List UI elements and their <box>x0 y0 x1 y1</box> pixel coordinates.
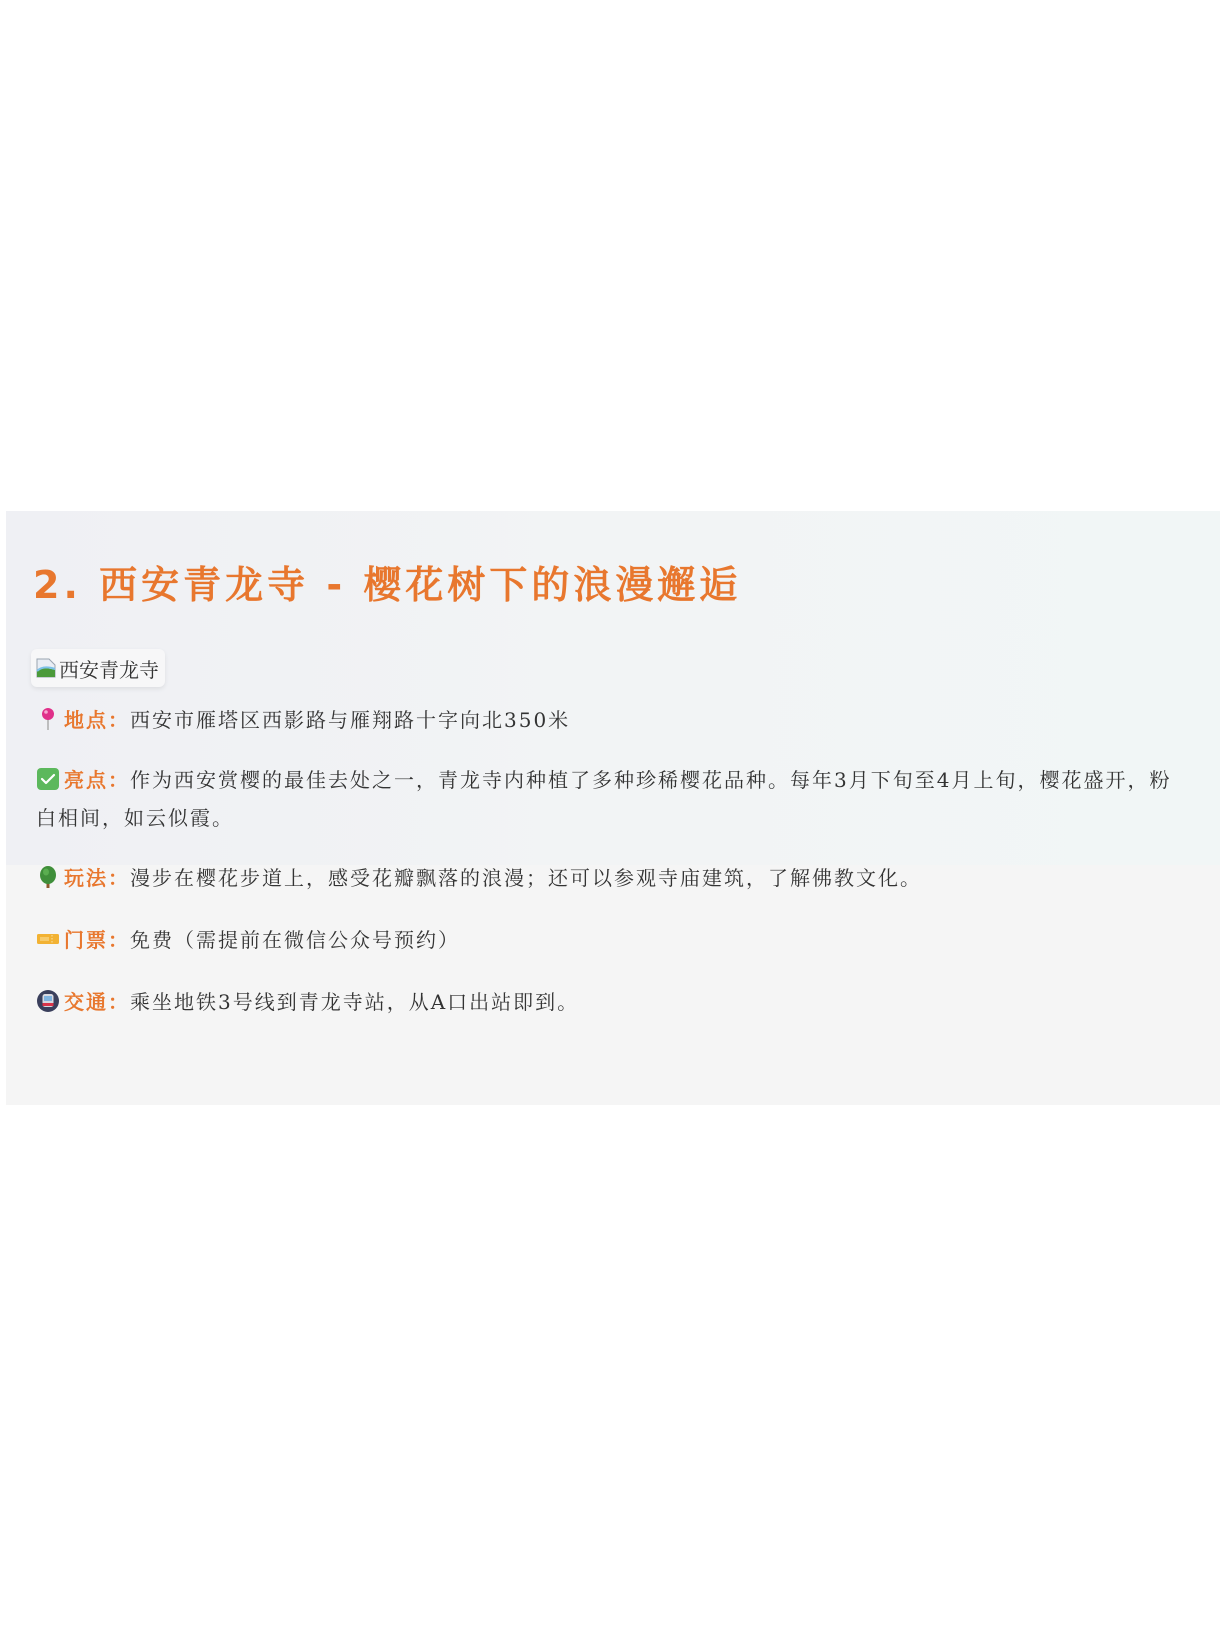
info-row-transport: 交通：乘坐地铁3号线到青龙寺站，从A口出站即到。 <box>36 983 1190 1021</box>
activities-label: 玩法： <box>64 866 130 890</box>
highlight-label: 亮点： <box>64 768 130 792</box>
ticket-value: 免费（需提前在微信公众号预约） <box>130 928 460 952</box>
metro-icon <box>36 987 60 1011</box>
info-row-activities: 玩法：漫步在樱花步道上，感受花瓣飘落的浪漫；还可以参观寺庙建筑，了解佛教文化。 <box>36 859 1190 897</box>
location-label: 地点： <box>64 708 130 732</box>
image-placeholder[interactable]: 西安青龙寺 <box>31 649 165 687</box>
info-row-ticket: 门票：免费（需提前在微信公众号预约） <box>36 921 1190 959</box>
info-row-highlight: 亮点：作为西安赏樱的最佳去处之一，青龙寺内种植了多种珍稀樱花品种。每年3月下旬至… <box>36 761 1190 837</box>
broken-image-icon <box>35 657 57 679</box>
check-mark-button-icon <box>36 765 60 789</box>
transport-label: 交通： <box>64 990 130 1014</box>
ticket-icon <box>36 925 60 949</box>
info-row-location: 地点：西安市雁塔区西影路与雁翔路十字向北350米 <box>36 701 1190 739</box>
ticket-label: 门票： <box>64 928 130 952</box>
highlight-value: 作为西安赏樱的最佳去处之一，青龙寺内种植了多种珍稀樱花品种。每年3月下旬至4月上… <box>36 768 1171 830</box>
round-pushpin-icon <box>36 705 60 729</box>
activities-value: 漫步在樱花步道上，感受花瓣飘落的浪漫；还可以参观寺庙建筑，了解佛教文化。 <box>130 866 922 890</box>
image-alt-text: 西安青龙寺 <box>59 654 159 683</box>
attraction-card: 2. 西安青龙寺 - 樱花树下的浪漫邂逅 西安青龙寺 地点：西安市雁塔区西影路与… <box>6 511 1220 1105</box>
location-value: 西安市雁塔区西影路与雁翔路十字向北350米 <box>130 708 570 732</box>
tree-icon <box>36 863 60 887</box>
section-title: 2. 西安青龙寺 - 樱花树下的浪漫邂逅 <box>33 560 741 610</box>
transport-value: 乘坐地铁3号线到青龙寺站，从A口出站即到。 <box>130 990 579 1014</box>
